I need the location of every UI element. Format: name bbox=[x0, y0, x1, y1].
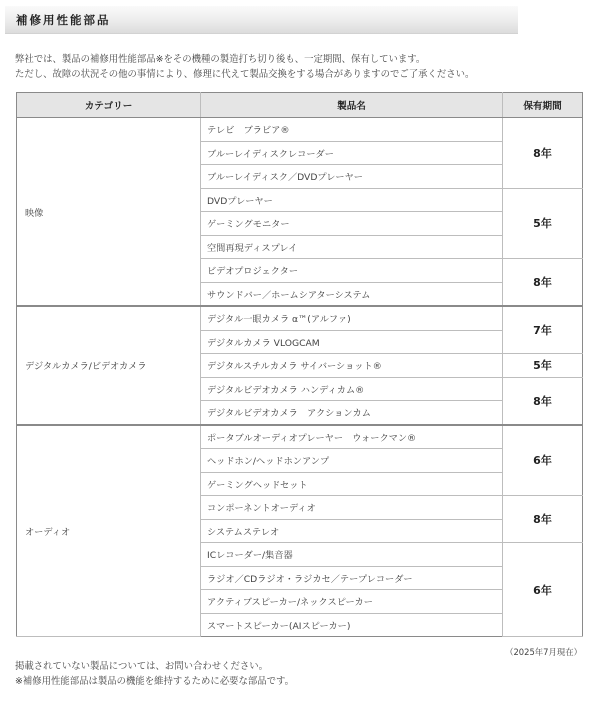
product-cell: デジタル一眼カメラ α™(アルファ) bbox=[201, 306, 503, 330]
product-cell: ブルーレイディスク／DVDプレーヤー bbox=[201, 165, 503, 189]
period-cell: 6年 bbox=[503, 425, 583, 496]
period-cell: 8年 bbox=[503, 377, 583, 425]
period-cell: 5年 bbox=[503, 354, 583, 378]
product-cell: ゲーミングモニター bbox=[201, 212, 503, 236]
product-cell: ラジオ／CDラジオ・ラジカセ／テープレコーダー bbox=[201, 566, 503, 590]
category-cell: デジタルカメラ/ビデオカメラ bbox=[17, 306, 201, 425]
product-cell: スマートスピーカー(AIスピーカー) bbox=[201, 613, 503, 637]
header-period: 保有期間 bbox=[503, 93, 583, 118]
product-cell: 空間再現ディスプレイ bbox=[201, 235, 503, 259]
product-cell: デジタルカメラ VLOGCAM bbox=[201, 330, 503, 354]
footnotes: 掲載されていない製品については、お問い合わせください。 ※補修用性能部品は製品の… bbox=[15, 659, 294, 689]
period-cell: 8年 bbox=[503, 259, 583, 307]
period-cell: 8年 bbox=[503, 118, 583, 189]
product-cell: ポータブルオーディオプレーヤー ウォークマン® bbox=[201, 425, 503, 449]
product-cell: サウンドバー／ホームシアターシステム bbox=[201, 282, 503, 306]
product-cell: ビデオプロジェクター bbox=[201, 259, 503, 283]
section-heading: 補修用性能部品 bbox=[16, 12, 111, 28]
table-row: 映像 テレビ ブラビア® 8年 bbox=[17, 118, 583, 142]
product-cell: ヘッドホン/ヘッドホンアンプ bbox=[201, 449, 503, 473]
intro-line-1: 弊社では、製品の補修用性能部品※をその機種の製造打ち切り後も、一定期間、保有して… bbox=[15, 52, 590, 67]
parts-retention-table: カテゴリー 製品名 保有期間 映像 テレビ ブラビア® 8年 ブルーレイディスク… bbox=[16, 92, 583, 637]
product-cell: ブルーレイディスクレコーダー bbox=[201, 141, 503, 165]
product-cell: デジタルビデオカメラ ハンディカム® bbox=[201, 377, 503, 401]
category-cell: オーディオ bbox=[17, 425, 201, 637]
product-cell: ゲーミングヘッドセット bbox=[201, 472, 503, 496]
period-cell: 8年 bbox=[503, 496, 583, 543]
category-cell: 映像 bbox=[17, 118, 201, 307]
footnote-line-1: 掲載されていない製品については、お問い合わせください。 bbox=[15, 659, 294, 674]
period-cell: 5年 bbox=[503, 188, 583, 259]
period-cell: 7年 bbox=[503, 306, 583, 354]
header-product: 製品名 bbox=[201, 93, 503, 118]
product-cell: ICレコーダー/集音器 bbox=[201, 543, 503, 567]
table-row: オーディオ ポータブルオーディオプレーヤー ウォークマン® 6年 bbox=[17, 425, 583, 449]
product-cell: システムステレオ bbox=[201, 519, 503, 543]
intro-line-2: ただし、故障の状況その他の事情により、修理に代えて製品交換をする場合がありますの… bbox=[15, 67, 590, 82]
footnote-line-2: ※補修用性能部品は製品の機能を維持するために必要な部品です。 bbox=[15, 674, 294, 689]
period-cell: 6年 bbox=[503, 543, 583, 637]
product-cell: コンポーネントオーディオ bbox=[201, 496, 503, 520]
product-cell: デジタルビデオカメラ アクションカム bbox=[201, 401, 503, 425]
table-header-row: カテゴリー 製品名 保有期間 bbox=[17, 93, 583, 118]
product-cell: テレビ ブラビア® bbox=[201, 118, 503, 142]
table-row: デジタルカメラ/ビデオカメラ デジタル一眼カメラ α™(アルファ) 7年 bbox=[17, 306, 583, 330]
header-category: カテゴリー bbox=[17, 93, 201, 118]
product-cell: デジタルスチルカメラ サイバーショット® bbox=[201, 354, 503, 378]
intro-text: 弊社では、製品の補修用性能部品※をその機種の製造打ち切り後も、一定期間、保有して… bbox=[15, 52, 590, 82]
section-heading-bar: 補修用性能部品 bbox=[5, 6, 518, 34]
as-of-date: （2025年7月現在） bbox=[505, 646, 582, 658]
product-cell: DVDプレーヤー bbox=[201, 188, 503, 212]
product-cell: アクティブスピーカー/ネックスピーカー bbox=[201, 590, 503, 614]
